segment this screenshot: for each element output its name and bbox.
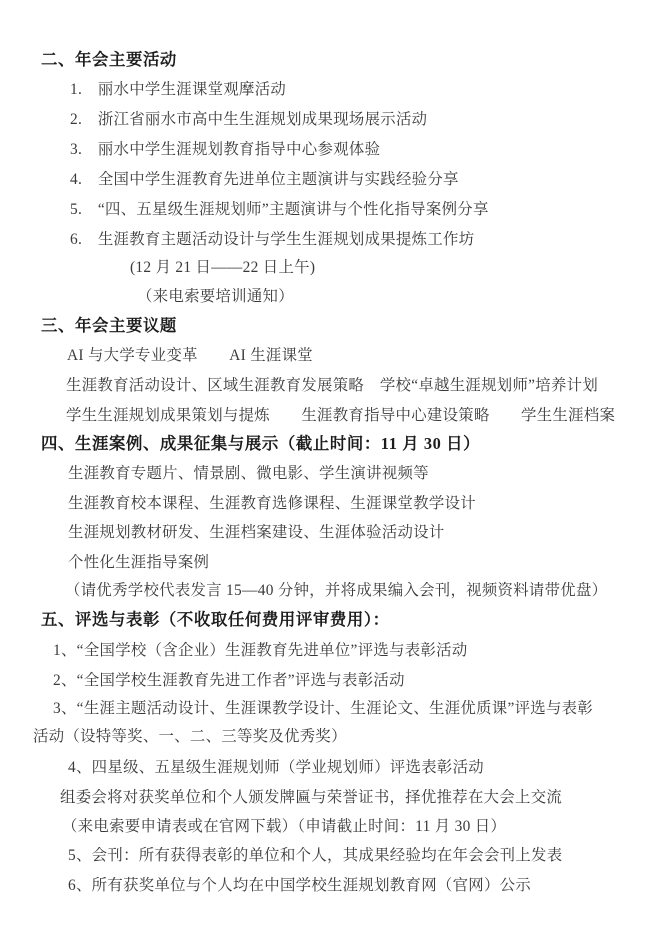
section-collection-heading: 四、生涯案例、成果征集与展示（截止时间：11 月 30 日） — [41, 434, 480, 453]
awards-item-3-line-1: 3、“生涯主题活动设计、生涯课教学设计、生涯论文、生涯优质课”评选与表彰 — [53, 699, 593, 718]
topics-row-3: 学生生涯规划成果策划与提炼 生涯教育指导中心建设策略 学生生涯档案 — [66, 406, 615, 425]
activity-item-2: 2. 浙江省丽水市高中生生涯规划成果现场展示活动 — [70, 110, 427, 129]
section-awards-heading: 五、评选与表彰（不收取任何费用评审费用）： — [41, 610, 390, 629]
awards-committee-note: 组委会将对获奖单位和个人颁发牌匾与荣誉证书，择优推荐在大会上交流 — [60, 788, 562, 807]
awards-item-5: 5、会刊：所有获得表彰的单位和个人，其成果经验均在年会会刊上发表 — [68, 846, 562, 865]
activities-contact-note: （来电索要培训通知） — [137, 287, 294, 306]
section-topics-heading: 三、年会主要议题 — [41, 316, 177, 335]
collection-row-3: 生涯规划教材研发、生涯档案建设、生涯体验活动设计 — [68, 523, 445, 542]
activity-item-1: 1. 丽水中学生涯课堂观摩活动 — [70, 80, 286, 99]
topics-row-1: AI 与大学专业变革 AI 生涯课堂 — [67, 346, 313, 365]
collection-row-4: 个性化生涯指导案例 — [68, 553, 209, 572]
collection-note: （请优秀学校代表发言 15—40 分钟，并将成果编入会刊，视频资料请带优盘） — [65, 581, 607, 600]
awards-item-4: 4、四星级、五星级生涯规划师（学业规划师）评选表彰活动 — [68, 758, 484, 777]
topics-row-2: 生涯教育活动设计、区域生涯教育发展策略 学校“卓越生涯规划师”培养计划 — [66, 376, 598, 395]
awards-item-3-line-2: 活动（设特等奖、一、二、三等奖及优秀奖） — [33, 727, 347, 746]
activities-schedule-note: (12 月 21 日——22 日上午) — [130, 258, 315, 277]
document-page: 二、年会主要活动 1. 丽水中学生涯课堂观摩活动 2. 浙江省丽水市高中生生涯规… — [0, 0, 662, 936]
section-activities-heading: 二、年会主要活动 — [41, 50, 177, 69]
awards-item-6: 6、所有获奖单位与个人均在中国学校生涯规划教育网（官网）公示 — [68, 876, 531, 895]
activity-item-5: 5. “四、五星级生涯规划师”主题演讲与个性化指导案例分享 — [70, 200, 489, 219]
awards-apply-note: （来电索要申请表或在官网下载）（申请截止时间：11 月 30 日） — [62, 817, 506, 836]
awards-item-1: 1、“全国学校（含企业）生涯教育先进单位”评选与表彰活动 — [53, 641, 468, 660]
collection-row-1: 生涯教育专题片、情景剧、微电影、学生演讲视频等 — [68, 464, 429, 483]
collection-row-2: 生涯教育校本课程、生涯教育选修课程、生涯课堂教学设计 — [68, 494, 476, 513]
awards-item-2: 2、“全国学校生涯教育先进工作者”评选与表彰活动 — [53, 671, 405, 690]
activity-item-4: 4. 全国中学生涯教育先进单位主题演讲与实践经验分享 — [70, 170, 459, 189]
activity-item-6: 6. 生涯教育主题活动设计与学生生涯规划成果提炼工作坊 — [70, 230, 474, 249]
activity-item-3: 3. 丽水中学生涯规划教育指导中心参观体验 — [70, 140, 380, 159]
